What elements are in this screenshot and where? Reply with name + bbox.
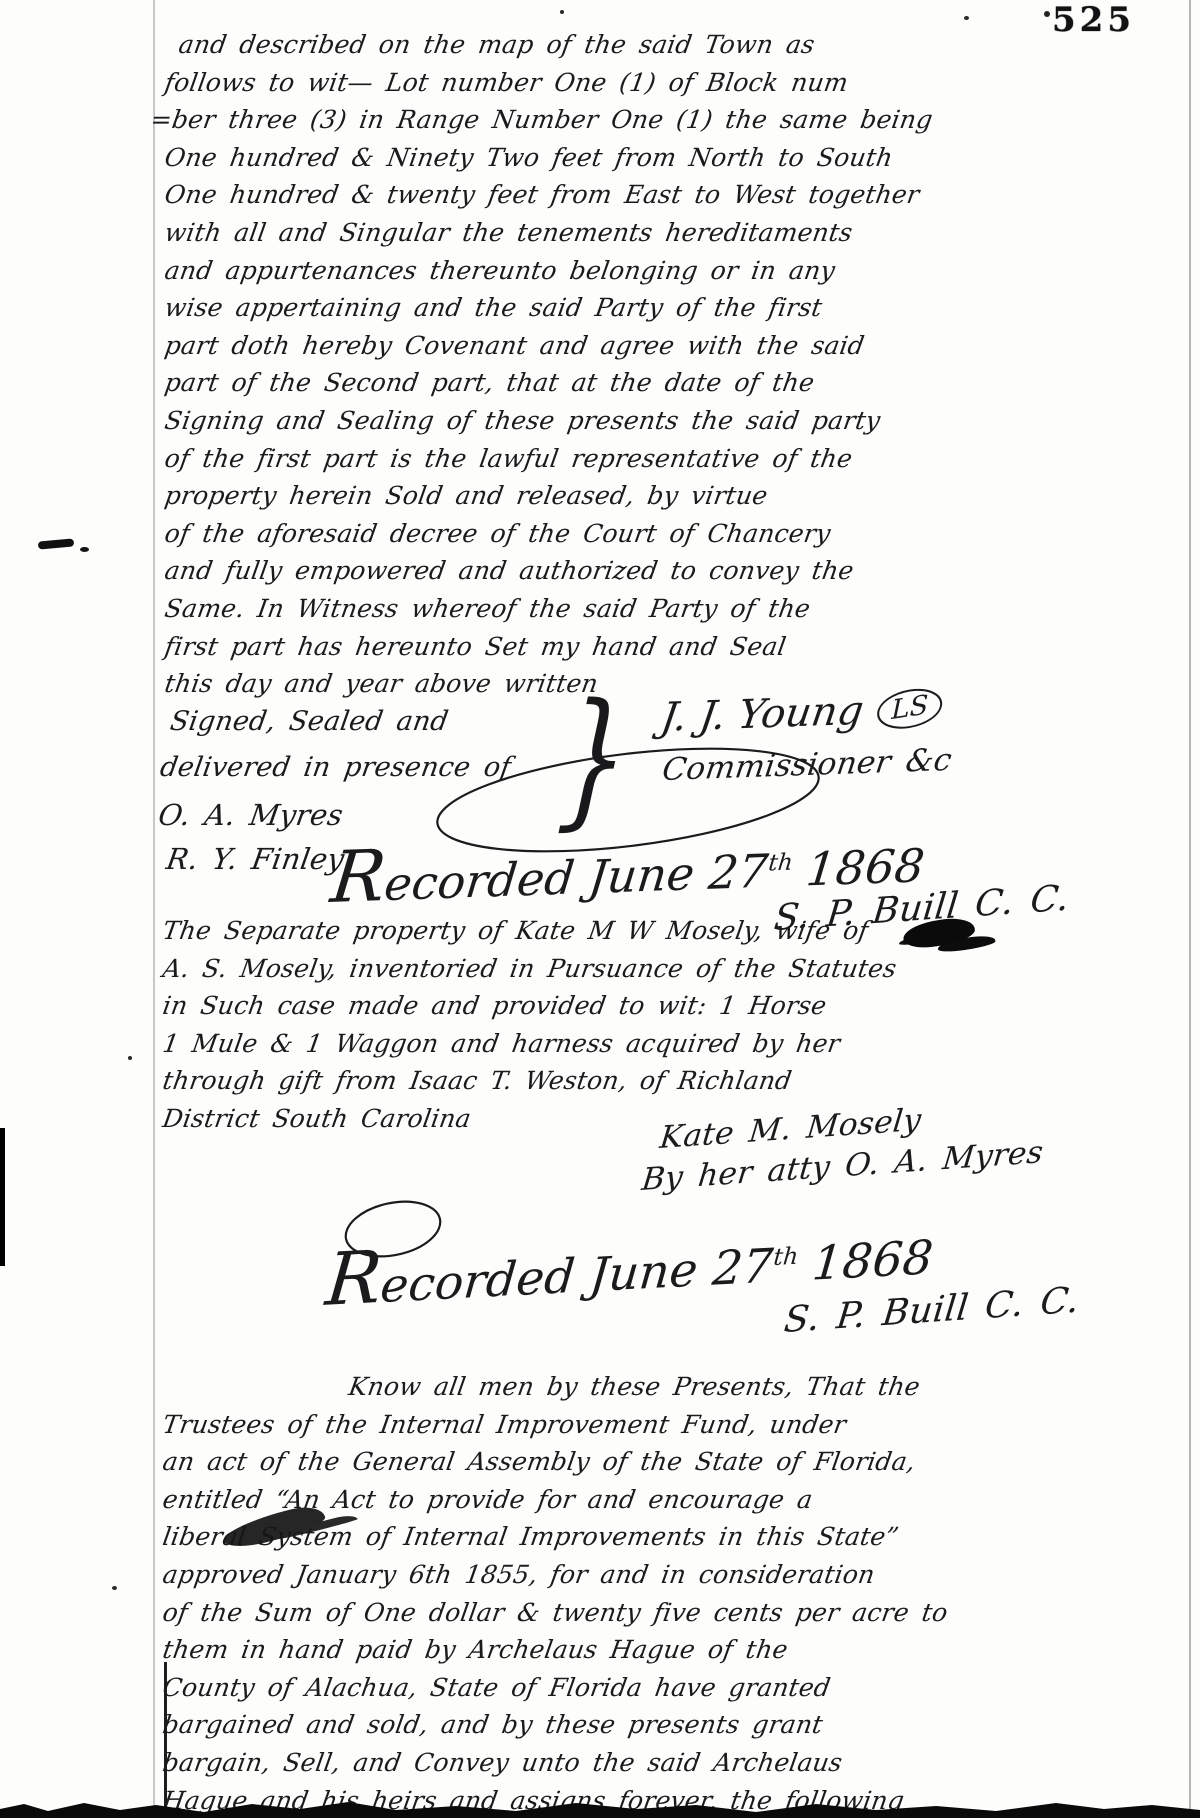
attestation-line: delivered in presence of	[158, 752, 513, 783]
grant-text-line: them in hand paid by Archelaus Hague of …	[160, 1631, 1066, 1669]
property-text-line: in Such case made and provided to wit: 1…	[160, 987, 1056, 1025]
grant-text-line: of the Sum of One dollar & twenty five c…	[160, 1594, 1066, 1632]
deed-text-line: property herein Sold and released, by vi…	[162, 477, 1058, 515]
grant-text-line: Know all men by these Presents, That the	[160, 1368, 1066, 1406]
grant-text-line: County of Alachua, State of Florida have…	[160, 1669, 1066, 1707]
right-page-edge	[1189, 0, 1191, 1818]
deed-text-line: One hundred & Ninety Two feet from North…	[162, 139, 1058, 177]
deed-text-line: and fully empowered and authorized to co…	[162, 552, 1058, 590]
grant-text-line: bargain, Sell, and Convey unto the said …	[160, 1744, 1066, 1782]
deed-text-line: first part has hereunto Set my hand and …	[162, 628, 1058, 666]
recording-text: Recorded June 27	[328, 844, 771, 913]
deed-text-line: part of the Second part, that at the dat…	[162, 364, 1058, 402]
deed-text-line: with all and Singular the tenements here…	[162, 214, 1058, 252]
ink-speck	[112, 1586, 117, 1590]
deed-text-line: =ber three (3) in Range Number One (1) t…	[148, 101, 1058, 139]
commissioner-signature-name: J. J. Young	[658, 688, 866, 741]
deed-text-line: part doth hereby Covenant and agree with…	[162, 327, 1058, 365]
witness-signature: O. A. Myres	[156, 798, 345, 832]
grant-text-line: an act of the General Assembly of the St…	[160, 1443, 1066, 1481]
deed-text-line: of the first part is the lawful represen…	[162, 440, 1058, 478]
commissioner-title: Commissioner &c	[660, 742, 954, 788]
grant-text-line: approved January 6th 1855, for and in co…	[160, 1556, 1066, 1594]
deed-text-line: follows to wit— Lot number One (1) of Bl…	[162, 64, 1058, 102]
page-number-text: 525	[1052, 0, 1135, 40]
ink-speck	[560, 10, 564, 14]
attestation-line: Signed, Sealed and	[168, 706, 451, 737]
left-margin-rule	[153, 0, 155, 1818]
ink-speck	[128, 1056, 132, 1060]
binding-edge-mark	[0, 1128, 5, 1266]
ink-dot	[1044, 11, 1050, 17]
property-text-line: 1 Mule & 1 Waggon and harness acquired b…	[160, 1025, 1056, 1063]
grant-text-line: Trustees of the Internal Improvement Fun…	[160, 1406, 1066, 1444]
recording-ordinal: th	[767, 850, 794, 877]
commissioner-signature: J. J. YoungLS	[658, 685, 945, 741]
seal-LS: LS	[877, 684, 943, 733]
margin-ink-dot	[80, 547, 89, 552]
property-text-line: A. S. Mosely, inventoried in Pursuance o…	[160, 950, 1056, 988]
deed-text-line: of the aforesaid decree of the Court of …	[162, 515, 1058, 553]
grant-text-line: bargained and sold, and by these present…	[160, 1706, 1066, 1744]
property-text-line: through gift from Isaac T. Weston, of Ri…	[160, 1062, 1056, 1100]
deed-text-line: and described on the map of the said Tow…	[162, 26, 1058, 64]
recording-ordinal: th	[772, 1242, 799, 1271]
page-number: 525	[1044, 0, 1135, 40]
recording-text: Recorded June 27	[323, 1239, 775, 1317]
deed-text-line: and appurtenances thereunto belonging or…	[162, 252, 1058, 290]
deed-text-line: Signing and Sealing of these presents th…	[162, 402, 1058, 440]
deed-text-line: One hundred & twenty feet from East to W…	[162, 176, 1058, 214]
deed-text-line: wise appertaining and the said Party of …	[162, 289, 1058, 327]
deed-conclusion-paragraph: and described on the map of the said Tow…	[162, 26, 1052, 703]
deed-text-line: Same. In Witness whereof the said Party …	[162, 590, 1058, 628]
land-grant-paragraph: Know all men by these Presents, That the…	[160, 1368, 1060, 1818]
deed-book-page: 525 and described on the map of the said…	[0, 0, 1200, 1818]
attestation-brace: }	[555, 684, 634, 832]
ink-speck	[964, 16, 969, 20]
recording-year: 1868	[795, 1230, 935, 1292]
margin-ink-dash	[38, 538, 75, 549]
witness-signature: R. Y. Finley	[164, 842, 347, 876]
